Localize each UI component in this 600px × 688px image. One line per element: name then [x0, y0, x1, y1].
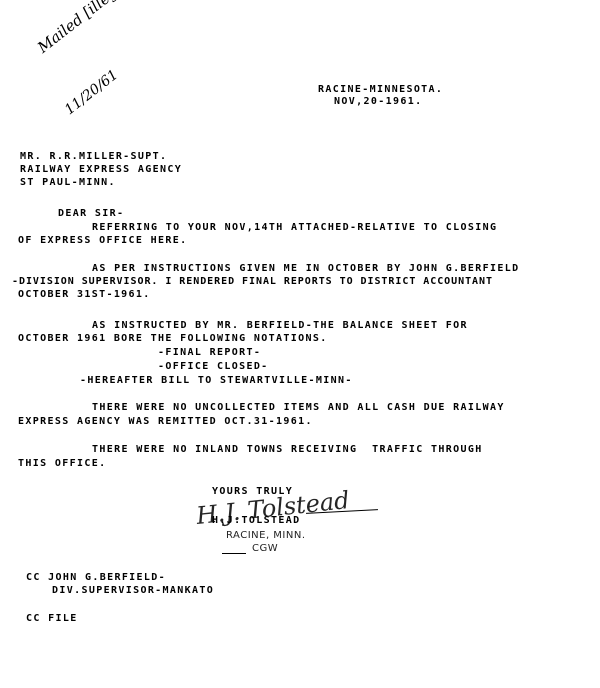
railroad-stamp: CGW [252, 543, 278, 554]
paragraph-4-line2: EXPRESS AGENCY WAS REMITTED OCT.31-1961. [18, 416, 313, 428]
recipient-line2: RAILWAY EXPRESS AGENCY [20, 164, 182, 176]
letter-page: Mailed [illegible] Mail 11/20/61 RACINE-… [0, 0, 600, 688]
cc-line1: CC JOHN G.BERFIELD- [26, 572, 166, 584]
handwritten-note-line1: Mailed [illegible] Mail [34, 0, 178, 57]
typed-signer-name: H.J.TOLSTEAD [212, 515, 300, 527]
salutation: DEAR SIR- [58, 208, 124, 220]
paragraph-2-line1: AS PER INSTRUCTIONS GIVEN ME IN OCTOBER … [92, 263, 520, 275]
paragraph-2-line2: -DIVISION SUPERVISOR. I RENDERED FINAL R… [12, 276, 493, 288]
paragraph-3-line1: AS INSTRUCTED BY MR. BERFIELD-THE BALANC… [92, 320, 468, 332]
letter-date: NOV,20-1961. [334, 96, 422, 108]
stamp-underline [222, 553, 246, 554]
cc-file: CC FILE [26, 613, 78, 625]
cc-line2: DIV.SUPERVISOR-MANKATO [52, 585, 214, 597]
paragraph-4-line1: THERE WERE NO UNCOLLECTED ITEMS AND ALL … [92, 402, 505, 414]
station-stamp: RACINE, MINN. [226, 530, 306, 541]
letterhead-place: RACINE-MINNESOTA. [318, 84, 443, 96]
paragraph-5-line2: THIS OFFICE. [18, 458, 106, 470]
paragraph-3-line2: OCTOBER 1961 BORE THE FOLLOWING NOTATION… [18, 333, 328, 345]
paragraph-1-line1: REFERRING TO YOUR NOV,14TH ATTACHED-RELA… [92, 222, 497, 234]
paragraph-1-line2: OF EXPRESS OFFICE HERE. [18, 235, 188, 247]
notation-office-closed: -OFFICE CLOSED- [158, 361, 269, 373]
notation-hereafter-bill: -HEREAFTER BILL TO STEWARTVILLE-MINN- [80, 375, 353, 387]
paragraph-5-line1: THERE WERE NO INLAND TOWNS RECEIVING TRA… [92, 444, 483, 456]
paragraph-2-line3: OCTOBER 31ST-1961. [18, 289, 151, 301]
recipient-line1: MR. R.R.MILLER-SUPT. [20, 151, 167, 163]
notation-final-report: -FINAL REPORT- [158, 347, 261, 359]
recipient-line3: ST PAUL-MINN. [20, 177, 116, 189]
